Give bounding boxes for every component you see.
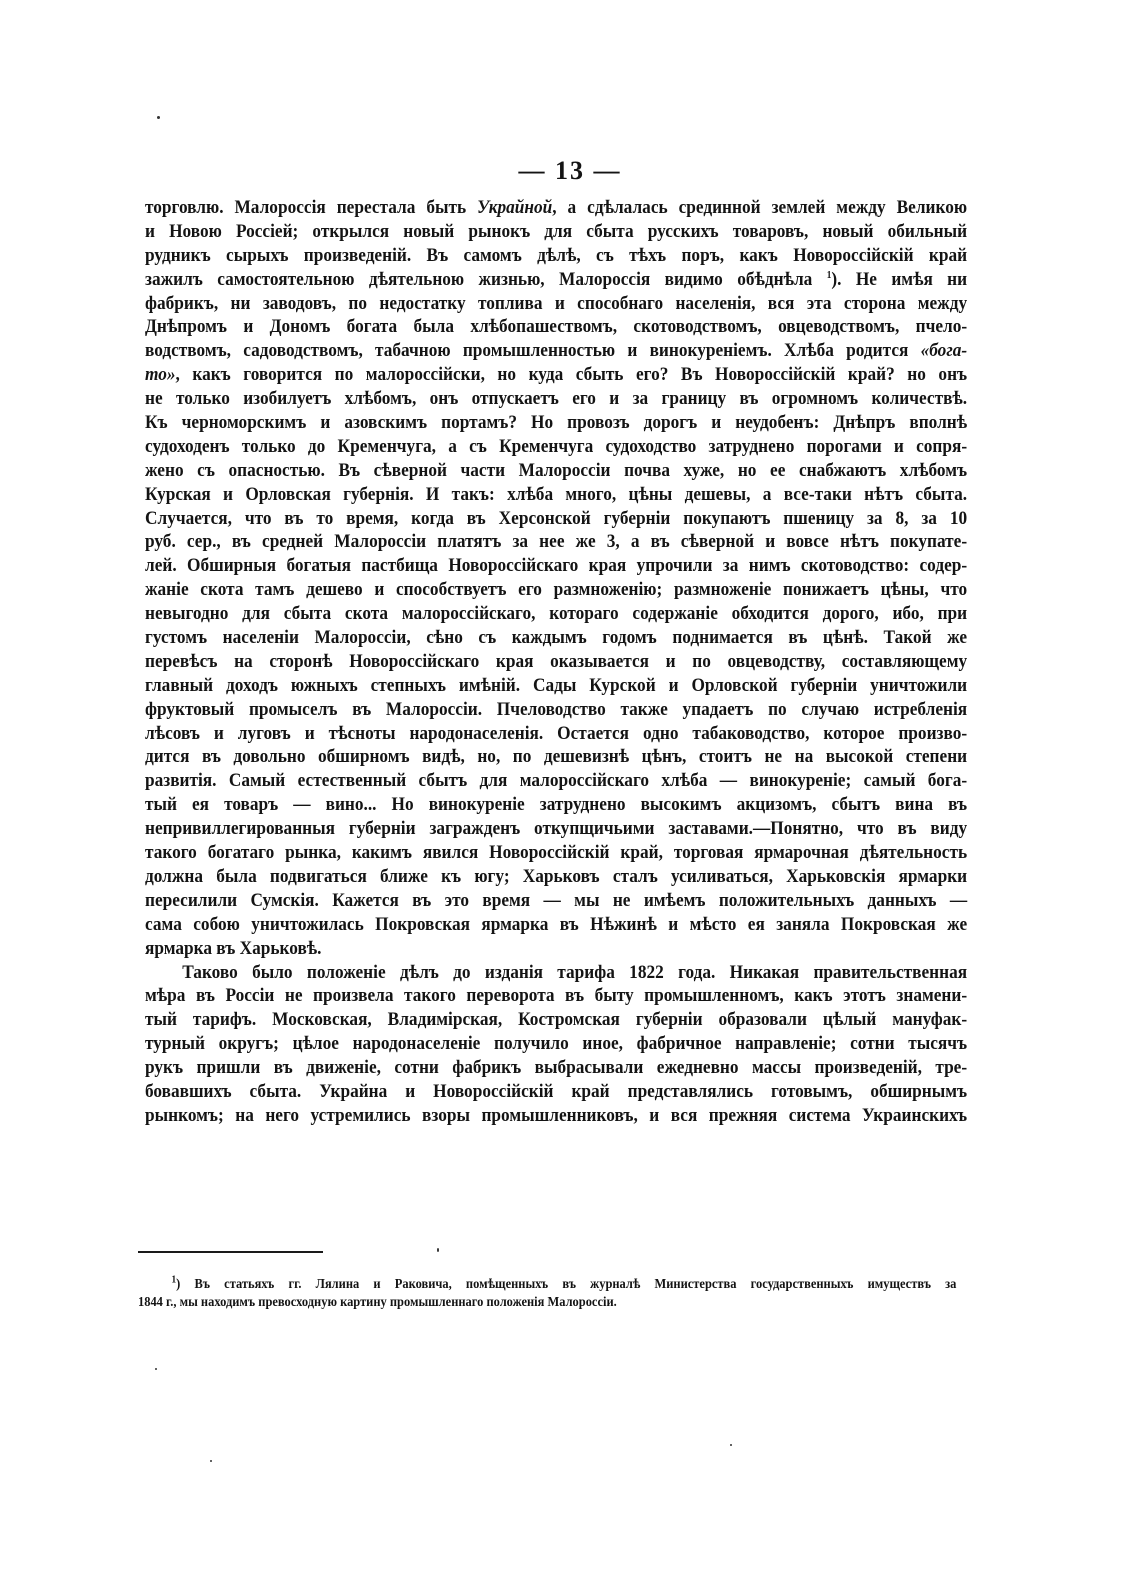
text-segment: , а сдѣлалась срединной землей между Вел…: [552, 197, 967, 218]
text-line: жаніе скота тамъ дешево и способствуетъ …: [145, 578, 967, 602]
text-line: сама собою уничтожилась Покровская ярмар…: [145, 913, 967, 937]
scan-speck: [157, 116, 160, 119]
text-line: непривиллегированныя губерніи загражденъ…: [145, 817, 967, 841]
italic-text: «бога-: [921, 340, 967, 361]
text-line: лей. Обширныя богатыя пастбища Новороссі…: [145, 554, 967, 578]
text-line: мѣра въ Россіи не произвела такого перев…: [145, 984, 967, 1008]
text-line: Курская и Орловская губернія. И такъ: хл…: [145, 483, 967, 507]
page-number: — 13 —: [0, 156, 1140, 186]
text-line: зажилъ самостоятельною дѣятельною жизнью…: [145, 268, 967, 292]
body-text: торговлю. Малороссія перестала быть Укра…: [145, 196, 967, 1128]
text-line: ярмарка въ Харьковѣ.: [145, 937, 967, 961]
text-line: главный доходъ южныхъ степныхъ имѣній. С…: [145, 674, 967, 698]
italic-text: то»: [145, 364, 176, 385]
scan-speck: [437, 1248, 439, 1252]
scan-speck: [210, 1460, 212, 1462]
footnote-text-1: ) Въ статьяхъ гг. Лялина и Раковича, пом…: [176, 1276, 956, 1291]
footnote-line-2: 1844 г., мы находимъ превосходную картин…: [138, 1293, 956, 1311]
text-line: фруктовый промыселъ въ Малороссіи. Пчело…: [145, 698, 967, 722]
text-line: Днѣпромъ и Дономъ богата была хлѣбопашес…: [145, 315, 967, 339]
text-line: руб. сер., въ средней Малороссіи платятъ…: [145, 530, 967, 554]
scan-speck: [155, 1368, 157, 1370]
text-line: развитія. Самый естественный сбытъ для м…: [145, 769, 967, 793]
scan-speck: [730, 1444, 732, 1446]
text-segment: водствомъ, садоводствомъ, табачною промы…: [145, 340, 921, 361]
text-line: бовавшихъ сбыта. Украйна и Новороссійскі…: [145, 1080, 967, 1104]
text-line: фабрикъ, ни заводовъ, по недостатку топл…: [145, 292, 967, 316]
footnote: 1) Въ статьяхъ гг. Лялина и Раковича, по…: [138, 1275, 958, 1311]
text-line: такого богатаго рынка, какимъ явился Нов…: [145, 841, 967, 865]
text-segment: ). Не имѣя ни: [831, 269, 967, 290]
text-line: судоходенъ только до Кременчуга, а съ Кр…: [145, 435, 967, 459]
text-line: рукъ пришли въ движеніе, сотни фабрикъ в…: [145, 1056, 967, 1080]
text-segment: торговлю. Малороссія перестала быть: [145, 197, 477, 218]
text-line: перевѣсъ на сторонѣ Новороссійскаго края…: [145, 650, 967, 674]
text-line: водствомъ, садоводствомъ, табачною промы…: [145, 339, 967, 363]
text-line: Случается, что въ то время, когда въ Хер…: [145, 507, 967, 531]
text-line: не только изобилуетъ хлѣбомъ, онъ отпуск…: [145, 387, 967, 411]
text-line: должна была подвигаться ближе къ югу; Ха…: [145, 865, 967, 889]
text-line: рудникъ сырыхъ произведеній. Въ самомъ д…: [145, 244, 967, 268]
text-line: тый тарифъ. Московская, Владимірская, Ко…: [145, 1008, 967, 1032]
text-line: густомъ населеніи Малороссіи, сѣно съ ка…: [145, 626, 967, 650]
text-segment: , какъ говорится по малороссійски, но ку…: [176, 364, 968, 385]
text-line: Таково было положеніе дѣлъ до изданія та…: [145, 961, 967, 985]
text-line: лѣсовъ и луговъ и тѣсноты народонаселені…: [145, 722, 967, 746]
text-line: невыгодно для сбыта скота малороссійскаг…: [145, 602, 967, 626]
text-line: рынкомъ; на него устремились взоры промы…: [145, 1104, 967, 1128]
text-line: жено съ опасностью. Въ сѣверной части Ма…: [145, 459, 967, 483]
text-line: то», какъ говорится по малороссійски, но…: [145, 363, 967, 387]
text-line: пересилили Сумскія. Кажется въ это время…: [145, 889, 967, 913]
footnote-line-1: 1) Въ статьяхъ гг. Лялина и Раковича, по…: [138, 1275, 956, 1293]
text-segment: зажилъ самостоятельною дѣятельною жизнью…: [145, 269, 827, 290]
footnote-separator-rule: [138, 1251, 323, 1253]
text-line: дится въ довольно обширномъ видѣ, но, по…: [145, 745, 967, 769]
text-line: торговлю. Малороссія перестала быть Укра…: [145, 196, 967, 220]
text-line: Къ черноморскимъ и азовскимъ портамъ? Но…: [145, 411, 967, 435]
text-line: и Новою Россіей; открылся новый рынокъ д…: [145, 220, 967, 244]
italic-text: Украйной: [477, 197, 552, 218]
text-line: тый ея товаръ — вино... Но винокуреніе з…: [145, 793, 967, 817]
text-line: турный округъ; цѣлое народонаселеніе пол…: [145, 1032, 967, 1056]
